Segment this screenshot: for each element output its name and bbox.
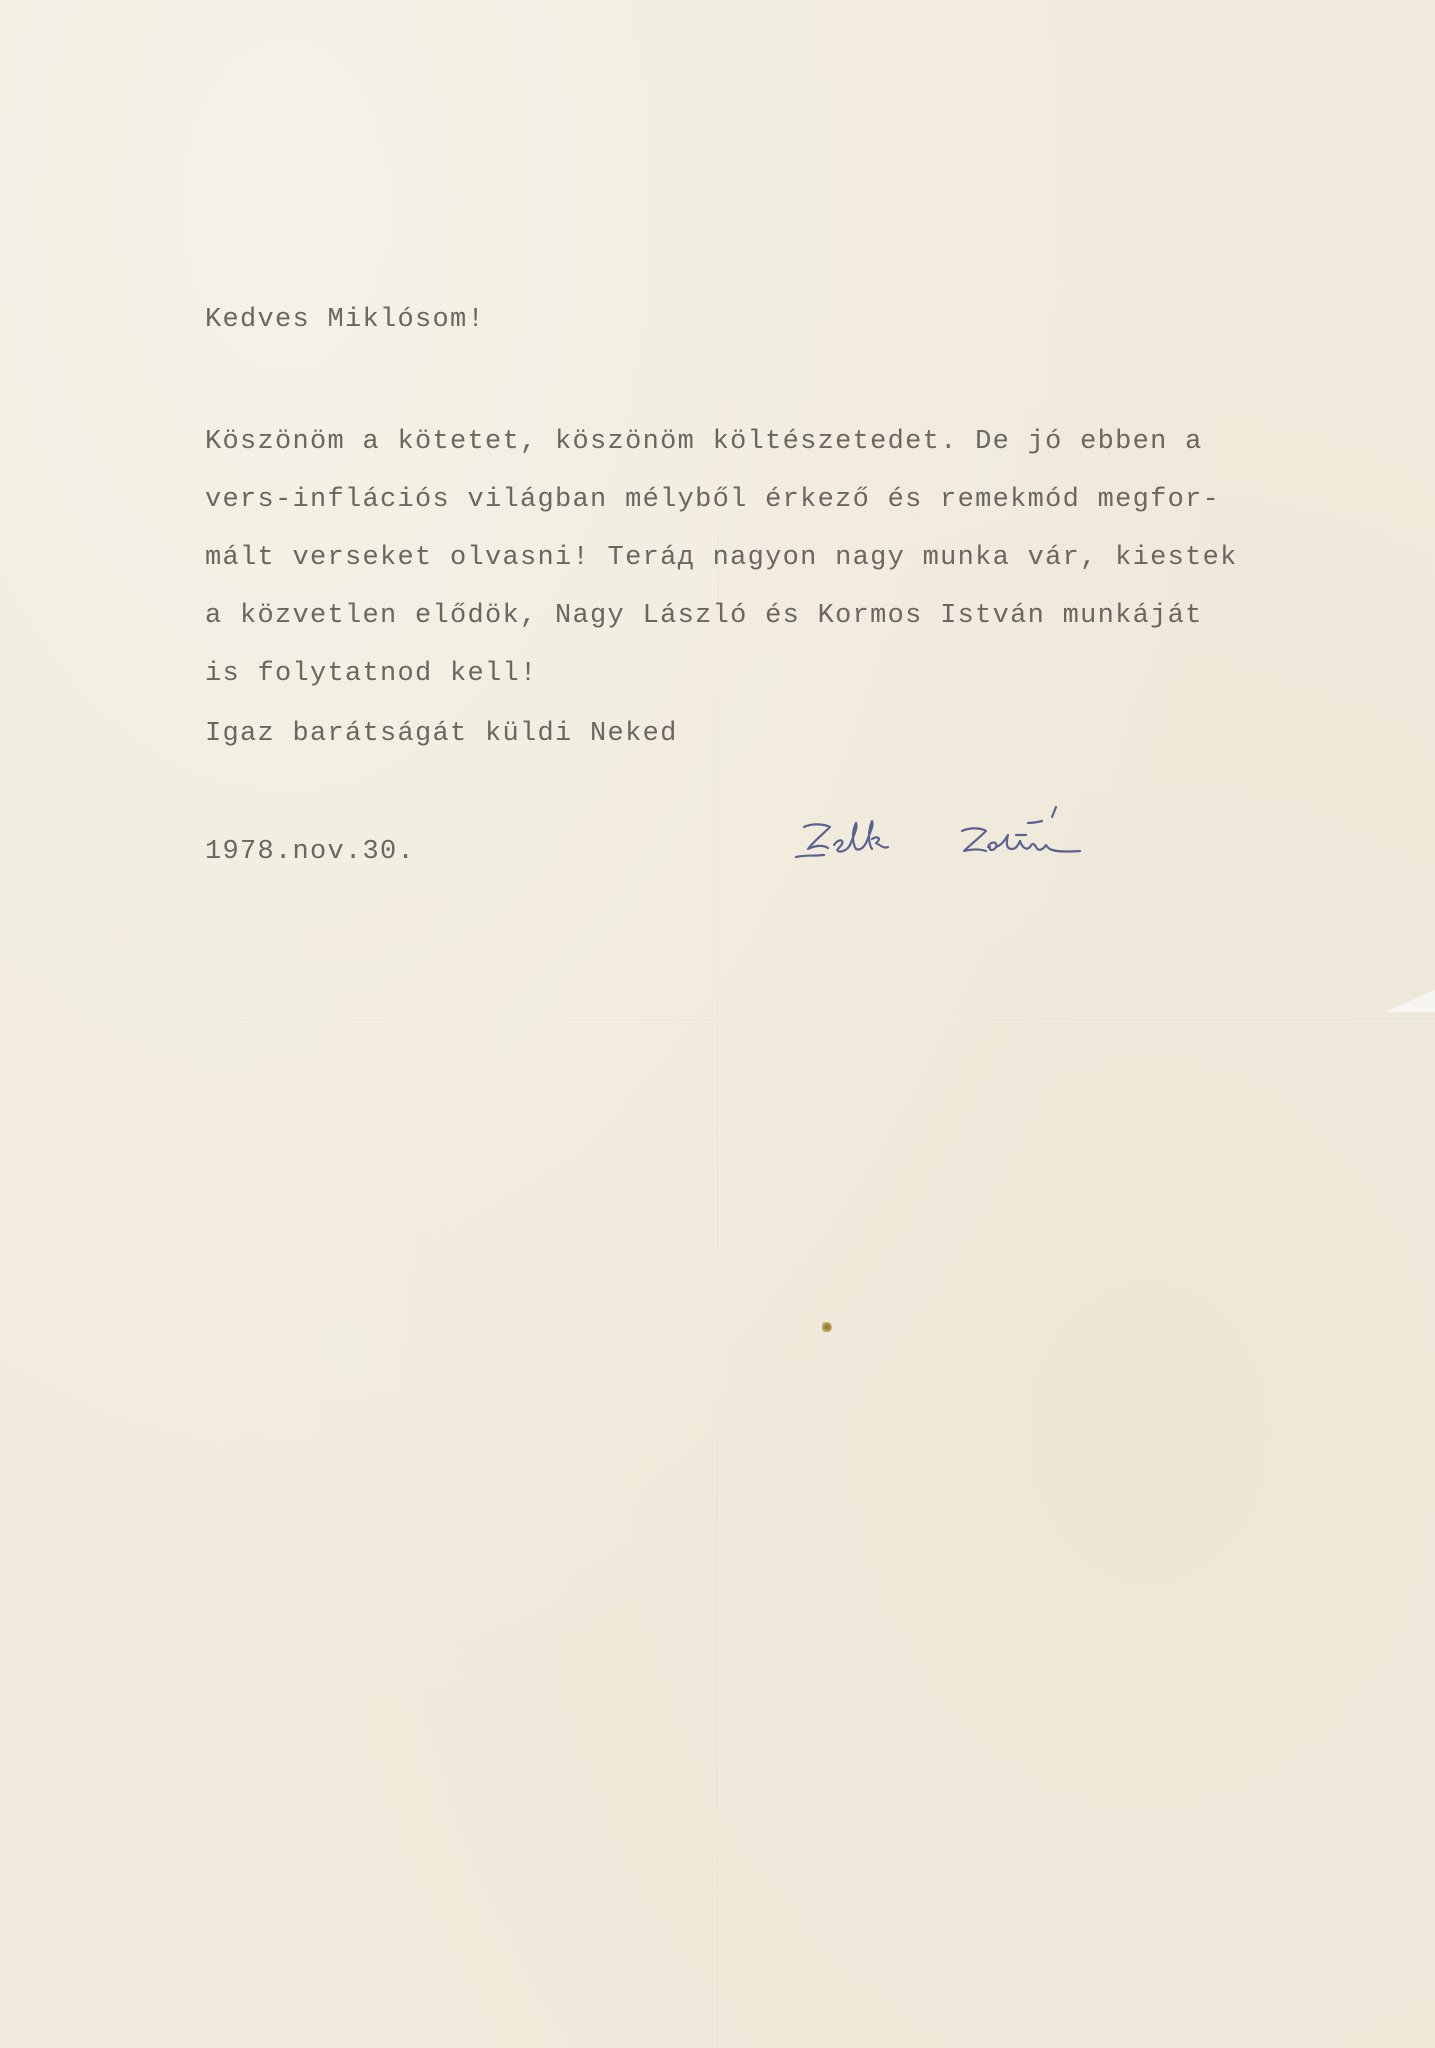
body-line: vers-inflációs világban mélyből érkező é… [205, 485, 1220, 515]
letter-date: 1978.nov.30. [205, 837, 415, 867]
body-line: is folytatnod kell! [205, 659, 538, 689]
body-line: Köszönöm a kötetet, köszönöm költészeted… [205, 427, 1203, 457]
torn-edge-notch [1385, 990, 1435, 1012]
body-line: mált verseket olvasni! Teráд nagyon nagy… [205, 543, 1238, 573]
paper-stain [822, 1322, 832, 1332]
vertical-fold-line [718, 0, 720, 2048]
closing-line: Igaz barátságát küldi Neked [205, 719, 678, 749]
horizontal-fold-line [0, 1020, 1435, 1022]
signature-scribble-icon [790, 805, 1100, 875]
salutation: Kedves Miklósom! [205, 305, 485, 335]
letter-page: Kedves Miklósom! Köszönöm a kötetet, kös… [0, 0, 1435, 2048]
handwritten-signature: Zelk Zoltán [790, 805, 1100, 875]
body-line: a közvetlen elődök, Nagy László és Kormo… [205, 601, 1203, 631]
